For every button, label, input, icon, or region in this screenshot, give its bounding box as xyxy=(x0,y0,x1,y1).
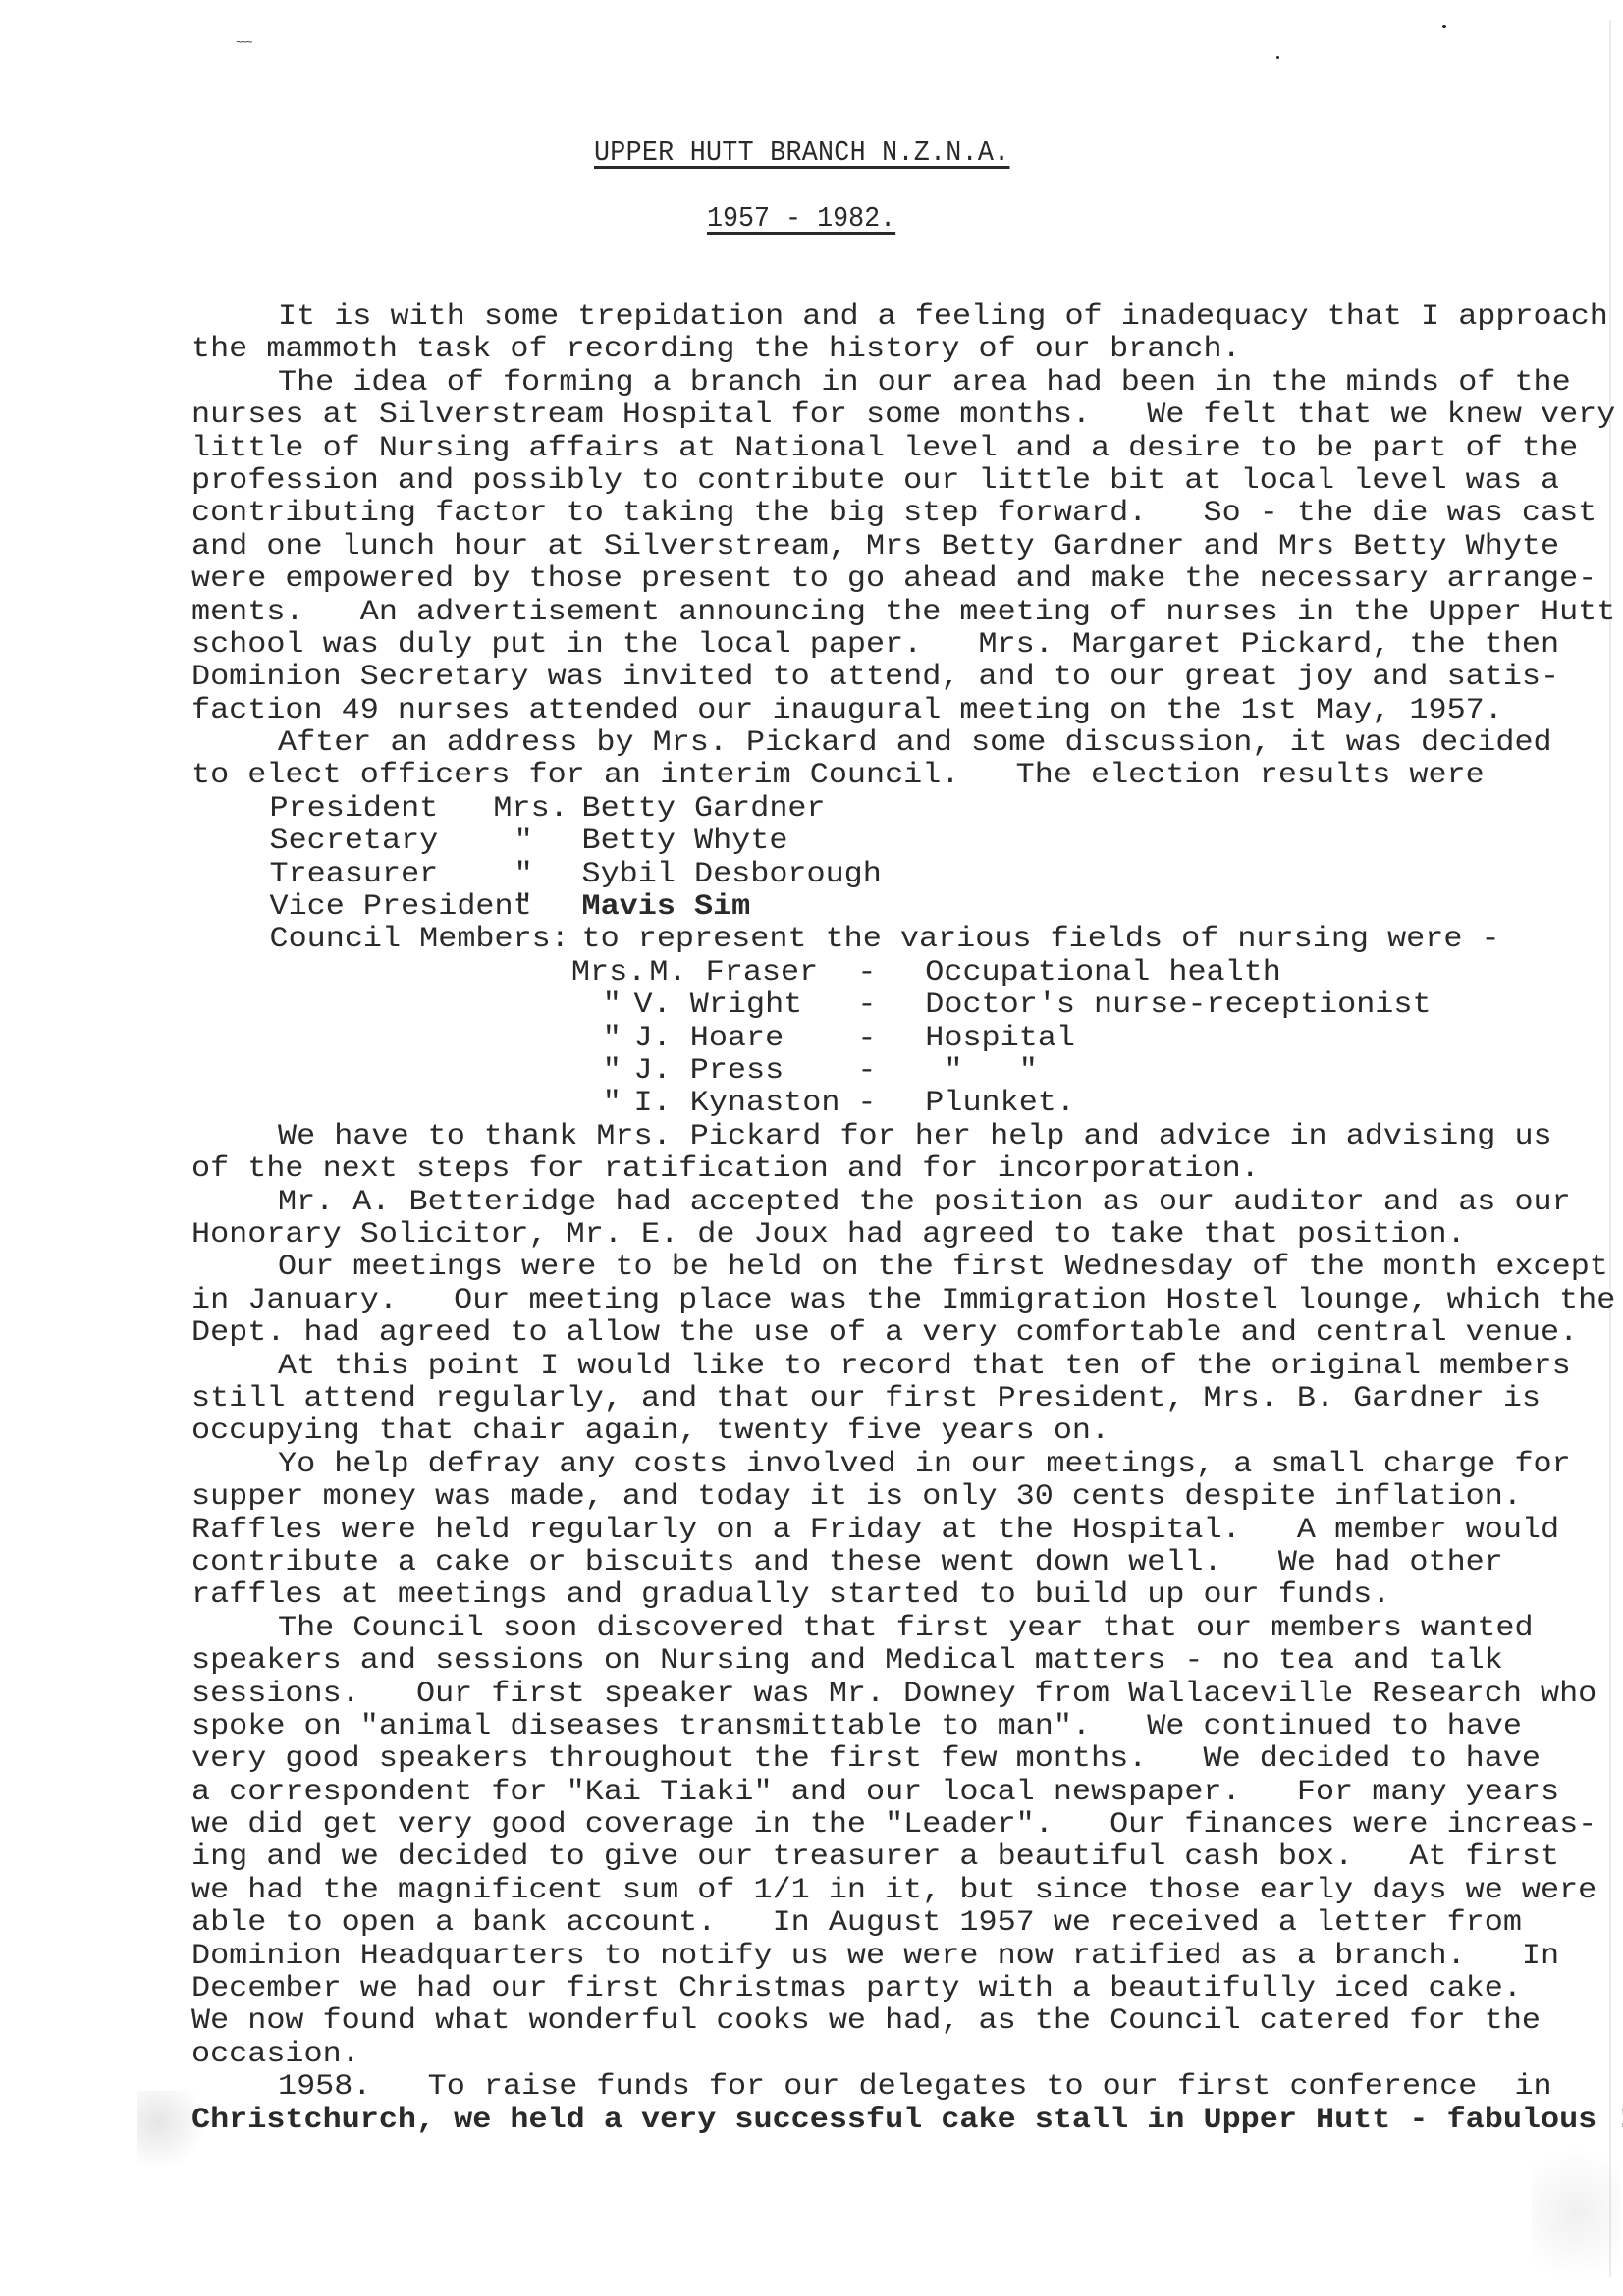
text-line: speakers and sessions on Nursing and Med… xyxy=(191,1645,1544,1678)
text-line: At this point I would like to record tha… xyxy=(191,1351,1544,1383)
text-line: able to open a bank account. In August 1… xyxy=(191,1907,1544,1940)
officers-list: PresidentMrs.Betty GardnerSecretary"Bett… xyxy=(191,793,1468,957)
text-line: contributing factor to taking the big st… xyxy=(191,498,1544,530)
officer-name: Betty Gardner xyxy=(582,793,826,826)
page-edge xyxy=(1609,20,1611,2277)
document-date-range: 1957 - 1982. xyxy=(707,203,895,235)
member-name: J. Press xyxy=(634,1055,784,1088)
officer-row: PresidentMrs.Betty Gardner xyxy=(191,793,1440,826)
text-line: December we had our first Christmas part… xyxy=(191,1973,1544,2005)
text-line: Yo help defray any costs involved in our… xyxy=(191,1449,1544,1481)
officer-role: Vice President xyxy=(270,891,532,924)
text-line: supper money was made, and today it is o… xyxy=(191,1481,1544,1514)
officer-role: Secretary xyxy=(270,826,439,858)
text-line: 1958. To raise funds for our delegates t… xyxy=(191,2071,1544,2104)
officer-name: Mavis Sim xyxy=(582,891,751,924)
text-line: occasion. xyxy=(191,2039,1544,2071)
officer-row: Vice President"Mavis Sim xyxy=(191,891,1440,924)
member-field: Hospital xyxy=(925,1023,1075,1055)
text-line: raffles at meetings and gradually starte… xyxy=(191,1579,1544,1612)
member-field: Doctor's nurse-receptionist xyxy=(925,989,1431,1022)
member-dash: - xyxy=(857,1088,876,1120)
member-dash: - xyxy=(857,1055,876,1088)
text-line: very good speakers throughout the first … xyxy=(191,1743,1544,1776)
text-line: ments. An advertisement announcing the m… xyxy=(191,597,1544,629)
officer-title-prefix: " xyxy=(514,859,533,891)
text-line: in January. Our meeting place was the Im… xyxy=(191,1285,1544,1317)
member-name: I. Kynaston xyxy=(634,1088,840,1120)
member-field: " " xyxy=(925,1055,1038,1088)
text-line: Honorary Solicitor, Mr. E. de Joux had a… xyxy=(191,1219,1544,1252)
text-line: Raffles were held regularly on a Friday … xyxy=(191,1515,1544,1547)
text-line: were empowered by those present to go ah… xyxy=(191,563,1544,596)
member-title-prefix: Mrs. xyxy=(571,957,646,989)
document-body: It is with some trepidation and a feelin… xyxy=(191,301,1468,2137)
council-members-row: Council Members:to represent the various… xyxy=(191,924,1544,956)
member-field: Occupational health xyxy=(925,957,1281,989)
member-name: J. Hoare xyxy=(634,1023,784,1055)
text-line: to elect officers for an interim Council… xyxy=(191,760,1544,792)
council-member-row: "J. Hoare-Hospital xyxy=(191,1023,1544,1055)
council-member-row: "J. Press- " " xyxy=(191,1055,1544,1088)
council-members-intro: to represent the various fields of nursi… xyxy=(582,924,1500,956)
member-title-prefix: " xyxy=(603,1055,622,1088)
scan-speck xyxy=(1276,56,1279,59)
text-line: contribute a cake or biscuits and these … xyxy=(191,1547,1544,1579)
member-title-prefix: " xyxy=(603,989,622,1022)
text-line: and one lunch hour at Silverstream, Mrs … xyxy=(191,531,1544,563)
council-member-row: "V. Wright-Doctor's nurse-receptionist xyxy=(191,989,1544,1022)
text-line: ing and we decided to give our treasurer… xyxy=(191,1842,1544,1874)
text-line: a correspondent for "Kai Tiaki" and our … xyxy=(191,1777,1544,1809)
text-line: of the next steps for ratification and f… xyxy=(191,1153,1544,1186)
text-line: Our meetings were to be held on the firs… xyxy=(191,1252,1544,1284)
member-title-prefix: " xyxy=(603,1023,622,1055)
text-line: profession and possibly to contribute ou… xyxy=(191,465,1544,498)
council-member-row: Mrs.M. Fraser-Occupational health xyxy=(191,957,1544,989)
scan-speckle xyxy=(1532,2130,1620,2296)
text-line: we did get very good coverage in the "Le… xyxy=(191,1809,1544,1842)
officer-row: Secretary"Betty Whyte xyxy=(191,826,1440,858)
officer-role: President xyxy=(270,793,439,826)
text-line: spoke on "animal diseases transmittable … xyxy=(191,1711,1544,1743)
text-line: faction 49 nurses attended our inaugural… xyxy=(191,695,1544,727)
text-line: We have to thank Mrs. Pickard for her he… xyxy=(191,1121,1544,1153)
text-line: We now found what wonderful cooks we had… xyxy=(191,2005,1544,2038)
text-line: we had the magnificent sum of 1/1 in it,… xyxy=(191,1875,1544,1907)
text-line: Dominion Headquarters to notify us we we… xyxy=(191,1941,1544,1973)
text-line: Mr. A. Betteridge had accepted the posit… xyxy=(191,1187,1544,1219)
text-line: After an address by Mrs. Pickard and som… xyxy=(191,727,1544,760)
officer-row: Treasurer"Sybil Desborough xyxy=(191,859,1440,891)
document-title: UPPER HUTT BRANCH N.Z.N.A. xyxy=(594,137,1009,169)
text-line: the mammoth task of recording the histor… xyxy=(191,334,1544,366)
text-line: school was duly put in the local paper. … xyxy=(191,629,1544,662)
scan-mark: ~~~ xyxy=(236,39,279,47)
text-line: Christchurch, we held a very successful … xyxy=(191,2105,1544,2137)
text-line: still attend regularly, and that our fir… xyxy=(191,1383,1544,1415)
officer-role: Treasurer xyxy=(270,859,439,891)
scan-speck xyxy=(1442,25,1446,28)
council-members-label: Council Members: xyxy=(270,924,569,956)
member-title-prefix: " xyxy=(603,1088,622,1120)
member-name: M. Fraser xyxy=(649,957,818,989)
paragraphs-before-list: It is with some trepidation and a feelin… xyxy=(191,301,1468,793)
officer-name: Sybil Desborough xyxy=(582,859,882,891)
text-line: occupying that chair again, twenty five … xyxy=(191,1415,1544,1448)
member-dash: - xyxy=(857,1023,876,1055)
text-line: It is with some trepidation and a feelin… xyxy=(191,301,1544,334)
text-line: Dept. had agreed to allow the use of a v… xyxy=(191,1317,1544,1350)
paragraphs-after-list: We have to thank Mrs. Pickard for her he… xyxy=(191,1121,1468,2137)
officer-title-prefix: Mrs. xyxy=(493,793,568,826)
text-line: nurses at Silverstream Hospital for some… xyxy=(191,400,1544,432)
text-line: Dominion Secretary was invited to attend… xyxy=(191,662,1544,694)
text-line: The Council soon discovered that first y… xyxy=(191,1613,1544,1645)
member-dash: - xyxy=(857,989,876,1022)
officer-name: Betty Whyte xyxy=(582,826,788,858)
member-field: Plunket. xyxy=(925,1088,1075,1120)
council-member-row: "I. Kynaston-Plunket. xyxy=(191,1088,1544,1120)
text-line: little of Nursing affairs at National le… xyxy=(191,433,1544,465)
officer-title-prefix: " xyxy=(514,826,533,858)
council-members-list: Mrs.M. Fraser-Occupational health"V. Wri… xyxy=(191,957,1468,1121)
member-name: V. Wright xyxy=(634,989,803,1022)
text-line: sessions. Our first speaker was Mr. Down… xyxy=(191,1679,1544,1711)
officer-title-prefix: " xyxy=(514,891,533,924)
text-line: The idea of forming a branch in our area… xyxy=(191,367,1544,400)
member-dash: - xyxy=(857,957,876,989)
